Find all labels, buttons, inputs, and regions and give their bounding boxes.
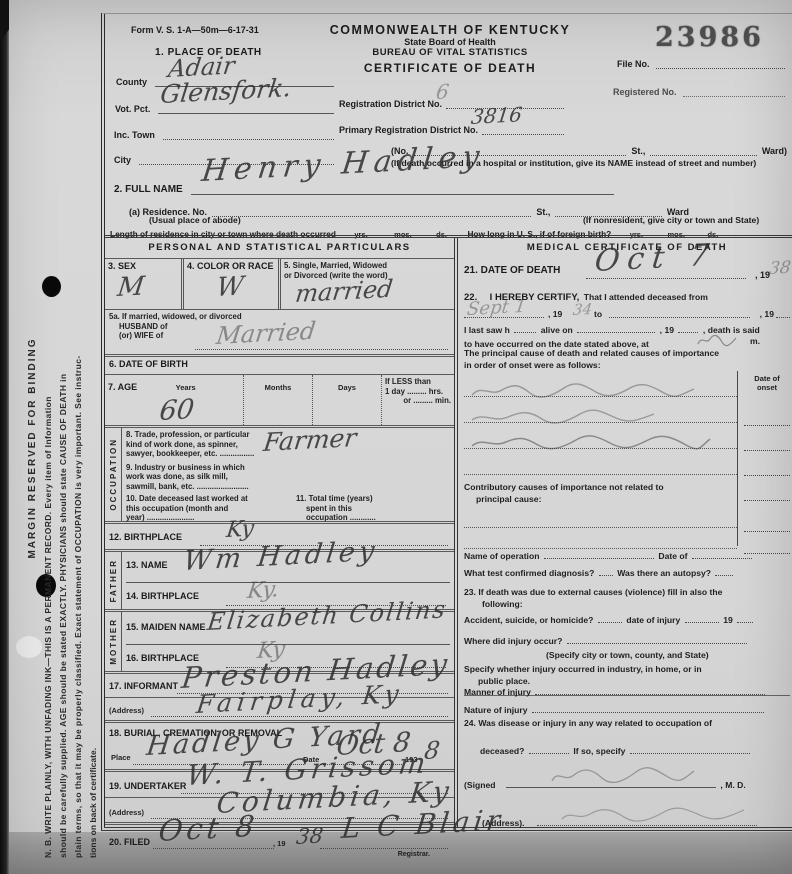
scan-left-edge <box>0 0 9 874</box>
father-vertical-label: FATHER <box>105 552 122 609</box>
full-name-row: 2. FULL NAME <box>114 184 614 195</box>
file-no-row: File No. <box>617 58 785 69</box>
primary-registration-row: Primary Registration District No. <box>339 124 564 135</box>
item9-1: 9. Industry or business in which <box>126 463 450 473</box>
margin-line: plain terms, so that it may be properly … <box>71 38 86 858</box>
blank-line <box>744 521 790 532</box>
personal-column: PERSONAL AND STATISTICAL PARTICULARS 3. … <box>105 238 454 827</box>
blank-line <box>692 548 752 559</box>
date-of-label: Date of <box>658 551 687 561</box>
margin-line: N. B. WRITE PLAINLY, WITH UNFADING INK—T… <box>41 38 56 858</box>
contributory-line <box>464 505 737 528</box>
registered-no-row: Registered No. <box>613 86 785 97</box>
age-label: 7. AGE <box>108 382 137 392</box>
illegible-handwriting <box>696 333 738 347</box>
blank-line <box>212 206 531 217</box>
blank-line <box>514 322 536 333</box>
occupation-vertical-label: OCCUPATION <box>105 428 122 521</box>
contributory-1: Contributory causes of importance not re… <box>464 481 737 493</box>
sex-handwritten: M <box>116 272 181 301</box>
age-less-cell: If LESS than 1 day ......... hrs. or ...… <box>381 375 454 425</box>
county-label: County <box>116 77 147 87</box>
commonwealth-title: COMMONWEALTH OF KENTUCKY <box>315 23 585 37</box>
item10-2: this occupation (month and <box>126 504 296 514</box>
blank-line <box>598 612 622 623</box>
registered-no-label: Registered No. <box>613 87 677 97</box>
address-label: (Address). <box>482 818 525 828</box>
header-center: COMMONWEALTH OF KENTUCKY State Board of … <box>315 23 585 75</box>
item11-1: 11. Total time (years) <box>296 494 450 504</box>
item9-3: sawmill, bank, etc. ....................… <box>126 482 450 492</box>
registration-district-label: Registration District No. <box>339 99 442 109</box>
operation-label: Name of operation <box>464 551 539 561</box>
nature-label: Nature of injury <box>464 705 528 715</box>
marital-handwritten: married <box>294 274 454 306</box>
if-so-label: If so, specify <box>573 746 625 756</box>
cause-of-death-area: Contributory causes of importance not re… <box>458 371 792 546</box>
registration-district-handwritten: 6 <box>435 81 450 102</box>
margin-line-bold: MARGIN RESERVED FOR BINDING <box>24 38 41 858</box>
blank-line <box>195 339 448 350</box>
blank-line <box>577 322 655 333</box>
registrar-label: Registrar. <box>398 851 430 858</box>
if-less-1: If LESS than <box>385 377 451 387</box>
years-label: Years <box>176 383 196 392</box>
item17-addr-label: (Address) <box>109 706 144 715</box>
race-handwritten: W <box>215 272 278 301</box>
blank-line <box>567 633 747 644</box>
board-of-health: State Board of Health <box>315 37 585 47</box>
form-number: Form V. S. 1-A—50m—6-17-31 <box>131 25 259 35</box>
illegible-handwriting <box>558 805 748 825</box>
to-year-printed: , 19 <box>760 308 774 320</box>
blank-line <box>737 612 753 623</box>
blank-line <box>532 702 764 713</box>
accident-label: Accident, suicide, or homicide? <box>464 615 593 625</box>
days-label: Days <box>338 383 356 392</box>
scanned-death-certificate: MARGIN RESERVED FOR BINDING N. B. WRITE … <box>0 0 792 874</box>
operation-row: Name of operation Date of <box>458 546 792 563</box>
mother-vertical-label: MOTHER <box>105 612 122 671</box>
dob-row: 6. DATE OF BIRTH <box>105 359 454 375</box>
specify-note: (Specify city or town, county, and State… <box>546 649 790 661</box>
blank-line <box>630 743 750 754</box>
city-label: City <box>114 155 131 165</box>
blank-line <box>650 145 756 156</box>
contributory-2: principal cause: <box>476 493 737 505</box>
burial-place-label: Place <box>111 753 131 762</box>
blank-line <box>685 612 719 623</box>
blank-line <box>163 129 334 140</box>
to-label: to <box>594 308 602 320</box>
blank-line <box>535 684 765 695</box>
certificate-stamp-number: 23986 <box>655 22 764 53</box>
blank-line <box>599 565 613 576</box>
signed-label: (Signed <box>464 780 496 790</box>
sex-label: 3. SEX <box>108 261 178 271</box>
blank-line <box>151 706 448 717</box>
sex-cell: 3. SEX M <box>105 259 181 309</box>
blank-line <box>744 415 790 426</box>
cause-line <box>464 423 737 449</box>
blank-line <box>153 838 274 849</box>
item9-2: work was done, as silk mill, <box>126 472 450 482</box>
from-year-handwritten: 34 <box>572 302 593 318</box>
blank-line <box>678 322 698 333</box>
inc-town-label: Inc. Town <box>114 130 155 140</box>
full-name-label: 2. FULL NAME <box>114 184 183 195</box>
specify-1: Specify whether injury occurred in indus… <box>464 663 790 675</box>
item20-label: 20. FILED <box>109 837 150 847</box>
vot-pct-label: Vot. Pct. <box>115 104 150 114</box>
months-label: Months <box>265 383 292 392</box>
item19-label: 19. UNDERTAKER <box>109 781 186 791</box>
cause-line <box>464 371 737 397</box>
blank-line <box>744 465 790 476</box>
item17-label: 17. INFORMANT <box>109 681 178 691</box>
blank-line <box>744 490 790 501</box>
nature-row: Nature of injury <box>458 700 792 717</box>
ward-label: Ward) <box>762 146 787 156</box>
item19-addr-label: (Address) <box>109 808 144 817</box>
spouse-row: 5a. If married, widowed, or divorced HUS… <box>105 312 454 357</box>
onset-label-2: onset <box>738 383 792 392</box>
binding-margin-note: MARGIN RESERVED FOR BINDING N. B. WRITE … <box>24 38 101 858</box>
m-label: m. <box>750 335 760 347</box>
full-name-handwritten: Henry Hadley <box>200 142 487 187</box>
manner-row: Manner of injury <box>458 678 792 700</box>
cause-lines: Contributory causes of importance not re… <box>458 371 737 546</box>
cause-line <box>464 397 737 423</box>
occurred-label: to have occurred on the date stated abov… <box>464 339 649 349</box>
item10-1: 10. Date deceased last worked at <box>126 494 296 504</box>
item15-label: 15. MAIDEN NAME <box>126 622 206 632</box>
blank-line <box>464 307 544 318</box>
blank-line <box>744 440 790 451</box>
item12-label: 12. BIRTHPLACE <box>109 532 182 542</box>
certify-rest: That I attended deceased from <box>584 292 708 302</box>
principal-2: in order of onset were as follows: <box>464 359 790 371</box>
personal-title: PERSONAL AND STATISTICAL PARTICULARS <box>105 238 454 259</box>
primary-registration-handwritten: 3816 <box>470 104 523 127</box>
form-columns: PERSONAL AND STATISTICAL PARTICULARS 3. … <box>105 235 792 827</box>
residence-st-label: St., <box>536 207 550 217</box>
blank-line <box>683 86 785 97</box>
certificate-title: CERTIFICATE OF DEATH <box>315 61 585 75</box>
where-label: Where did injury occur? <box>464 636 562 646</box>
filed-year-printed: , 19 <box>273 839 286 848</box>
inc-town-row: Inc. Town <box>114 129 334 140</box>
manner-label: Manner of injury <box>464 687 531 697</box>
occupation-relation-block: 24. Was disease or injury in any way rel… <box>458 717 792 767</box>
age-handwritten: 60 <box>158 393 243 425</box>
blank-line <box>586 268 746 279</box>
blank-line <box>320 838 448 849</box>
signed-row: (Signed , M. D. <box>458 767 792 805</box>
deceased-label: deceased? <box>480 746 524 756</box>
if-less-2: 1 day ......... hrs. <box>385 387 451 397</box>
item11-2: spent in this <box>306 504 450 514</box>
physician-address-row: (Address). <box>458 805 792 841</box>
certify-block: 22. I HEREBY CERTIFY, That I attended de… <box>458 287 792 371</box>
occupation-content: 8. Trade, profession, or particular kind… <box>122 428 454 521</box>
sex-race-marital-row: 3. SEX M 4. COLOR OR RACE W 5. Single, M… <box>105 259 454 310</box>
item11-3: occupation ............ <box>306 513 450 523</box>
occupation-block: OCCUPATION 8. Trade, profession, or part… <box>105 428 454 524</box>
blank-line <box>529 743 569 754</box>
item21-label: 21. DATE OF DEATH <box>464 265 560 276</box>
medical-column: MEDICAL CERTIFICATE OF DEATH 21. DATE OF… <box>454 238 792 827</box>
race-label: 4. COLOR OR RACE <box>187 261 275 271</box>
item23-1: 23. If death was due to external causes … <box>464 586 790 598</box>
cause-line <box>464 449 737 475</box>
informant-address-row: (Address) Fairplay, Ky <box>105 698 454 723</box>
injury-year-label: 19 <box>723 615 733 625</box>
age-months-cell: Months <box>243 375 312 425</box>
marital-cell: 5. Single, Married, Widowed or Divorced … <box>278 259 454 309</box>
item14-label: 14. BIRTHPLACE <box>126 591 199 601</box>
onset-label-1: Date of <box>738 374 792 383</box>
race-cell: 4. COLOR OR RACE W <box>181 259 278 309</box>
date-of-onset-column: Date of onset <box>737 371 792 546</box>
vot-pct-handwritten: Glensfork. <box>159 75 293 107</box>
bureau-title: BUREAU OF VITAL STATISTICS <box>315 47 585 58</box>
blank-line <box>656 58 785 69</box>
item10-3: year) ...................... <box>126 513 296 523</box>
age-days-cell: Days <box>312 375 381 425</box>
injury-date-label: date of injury <box>626 615 680 625</box>
father-vertical-text: FATHER <box>109 559 118 602</box>
st-label: St., <box>631 146 645 156</box>
item13-label: 13. NAME <box>126 560 168 570</box>
mother-vertical-text: MOTHER <box>109 618 118 665</box>
margin-line: tions on back of certificate. <box>86 38 101 858</box>
if-less-3: or ......... min. <box>385 396 451 406</box>
primary-registration-label: Primary Registration District No. <box>339 125 478 135</box>
occupation-vertical-text: OCCUPATION <box>109 438 118 511</box>
autopsy-label: Was there an autopsy? <box>617 568 711 578</box>
blank-line <box>544 548 654 559</box>
age-row: 7. AGE Years 60 Months Days If LESS than <box>105 375 454 428</box>
certificate-form: Form V. S. 1-A—50m—6-17-31 1. PLACE OF D… <box>101 13 792 831</box>
date-of-death-row: 21. DATE OF DEATH Oct 7 , 19 38 <box>458 257 792 283</box>
dob-label: 6. DATE OF BIRTH <box>109 359 454 369</box>
test-row: What test confirmed diagnosis? Was there… <box>458 563 792 580</box>
test-label: What test confirmed diagnosis? <box>464 568 594 578</box>
file-no-label: File No. <box>617 59 650 69</box>
blank-line <box>776 307 790 318</box>
illegible-signature <box>548 765 698 787</box>
occupation-handwritten: Farmer <box>262 425 358 455</box>
item21-year-handwritten: 38 <box>768 260 792 278</box>
margin-line: should be carefully supplied. AGE should… <box>56 38 71 858</box>
age-cell: 7. AGE Years 60 <box>105 375 243 425</box>
marital-label-1: 5. Single, Married, Widowed <box>284 261 451 271</box>
registration-district-row: Registration District No. <box>339 98 564 109</box>
from-year-printed: , 19 <box>548 308 562 320</box>
blank-line <box>609 307 750 318</box>
filed-row: 20. FILED Oct 8 , 19 38 L C Blair Regist… <box>105 825 454 855</box>
item23-2: following: <box>482 598 790 610</box>
item24-1: 24. Was disease or injury in any way rel… <box>464 717 790 729</box>
external-causes-block: 23. If death was due to external causes … <box>458 580 792 678</box>
md-label: , M. D. <box>720 780 745 790</box>
blank-line <box>715 565 733 576</box>
